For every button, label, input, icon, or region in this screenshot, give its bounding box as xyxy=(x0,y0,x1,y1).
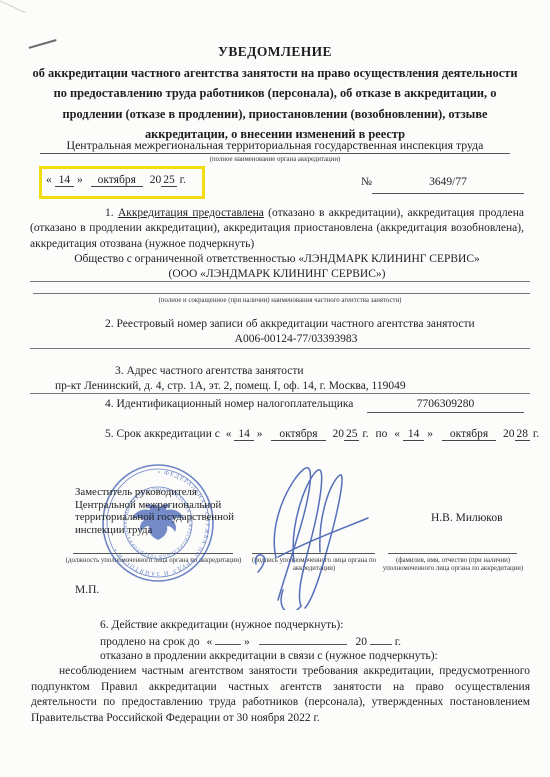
date-year: 25 xyxy=(161,174,177,187)
item6-q1: « xyxy=(206,636,212,648)
number-value-field: 3649/77 xyxy=(372,176,524,194)
item5-q3: « xyxy=(394,428,400,440)
item5-from-century: 20 xyxy=(332,428,344,440)
scan-corner-line xyxy=(0,0,26,13)
item4-label: 4. Идентификационный номер налогоплатель… xyxy=(105,397,353,412)
item4-value: 7706309280 xyxy=(417,398,475,410)
item5-q4: » xyxy=(427,428,433,440)
page-title: УВЕДОМЛЕНИЕ xyxy=(0,44,550,60)
issue-date: « 14 » октября 2025 г. xyxy=(46,174,198,186)
item5-line: 5. Срок аккредитации с « 14 » октября 20… xyxy=(30,427,530,442)
item1-paragraph: 1. Аккредитация предоставлена (отказано … xyxy=(30,206,524,252)
item6-suffix: г. xyxy=(395,636,401,648)
authority-name: Центральная межрегиональная территориаль… xyxy=(40,138,510,154)
item6-day-blank xyxy=(215,633,241,645)
item4-value-field: 7706309280 xyxy=(367,397,524,413)
item2-label: 2. Реестровый номер записи об аккредитац… xyxy=(30,317,524,332)
item5-from-month: октября xyxy=(271,428,325,441)
item6-paragraph: несоблюдением частным агентством занятос… xyxy=(31,664,530,726)
item5-to-day: 14 xyxy=(403,428,425,441)
item2-rule xyxy=(30,348,530,349)
date-open-quote: « xyxy=(46,174,52,186)
document-page: УВЕДОМЛЕНИЕ об аккредитации частного аге… xyxy=(0,0,550,777)
date-suffix: г. xyxy=(180,174,186,186)
item6-century: 20 xyxy=(355,636,367,648)
item6-line2-prefix: продлено на срок до xyxy=(100,636,200,648)
name-line xyxy=(388,553,517,554)
item5-po: по xyxy=(376,428,388,440)
item6-line3: отказано в продлении аккредитации в связ… xyxy=(100,649,438,664)
item5-to-month: октября xyxy=(442,428,496,441)
item5-prefix: 5. Срок аккредитации с xyxy=(105,428,220,440)
stamp-place-label: М.П. xyxy=(75,584,99,596)
item5-to-century: 20 xyxy=(503,428,515,440)
date-highlight-box: « 14 » октября 2025 г. xyxy=(39,166,205,199)
item6-line1: 6. Действие аккредитации (нужное подчерк… xyxy=(100,618,343,633)
item5-from-day: 14 xyxy=(234,428,254,441)
agency-caption: (полное и сокращенное (при наличии) наим… xyxy=(30,297,530,305)
item5-from-year: 25 xyxy=(344,428,360,441)
page-subtitle: об аккредитации частного агентства занят… xyxy=(29,63,521,145)
number-value: 3649/77 xyxy=(429,176,467,188)
name-caption: (фамилия, имя, отчество (при наличии) уп… xyxy=(377,557,529,573)
signer-name: Н.В. Милюков xyxy=(431,512,503,524)
item5-to-year: 28 xyxy=(515,428,531,441)
authority-caption: (полное наименование органа аккредитации… xyxy=(40,156,510,164)
agency-name-rule-1 xyxy=(30,281,530,282)
date-century: 20 xyxy=(150,174,162,186)
item5-q2: » xyxy=(257,428,263,440)
item6-q2: » xyxy=(244,636,250,648)
item5-g2: г. xyxy=(533,428,539,440)
item6-year-blank xyxy=(370,633,392,645)
item3-rule xyxy=(30,393,530,394)
number-label: № xyxy=(361,176,372,188)
item2-value: А006-00124-77/03393983 xyxy=(30,332,524,347)
item6-line2: продлено на срок до « » 20 г. xyxy=(100,633,401,650)
agency-name-rule-2 xyxy=(33,293,530,294)
item1-underlined-option: Аккредитация предоставлена xyxy=(118,207,264,219)
signer-position: Заместитель руководителя Центральной меж… xyxy=(75,486,253,537)
item1-prefix: 1. xyxy=(105,207,118,219)
agency-full-name: Общество с ограниченной ответственностью… xyxy=(30,252,524,267)
item6-month-blank xyxy=(259,633,347,645)
handwritten-signature xyxy=(248,460,380,610)
item3-label: 3. Адрес частного агентства занятости xyxy=(30,364,524,379)
item5-g1: г. xyxy=(362,428,368,440)
signature-strokes xyxy=(248,460,380,610)
item5-q1: « xyxy=(226,428,232,440)
date-month: октября xyxy=(91,174,143,187)
authority-name-text: Центральная межрегиональная территориаль… xyxy=(67,138,484,152)
date-day: 14 xyxy=(55,174,75,187)
date-close-quote: » xyxy=(77,174,83,186)
